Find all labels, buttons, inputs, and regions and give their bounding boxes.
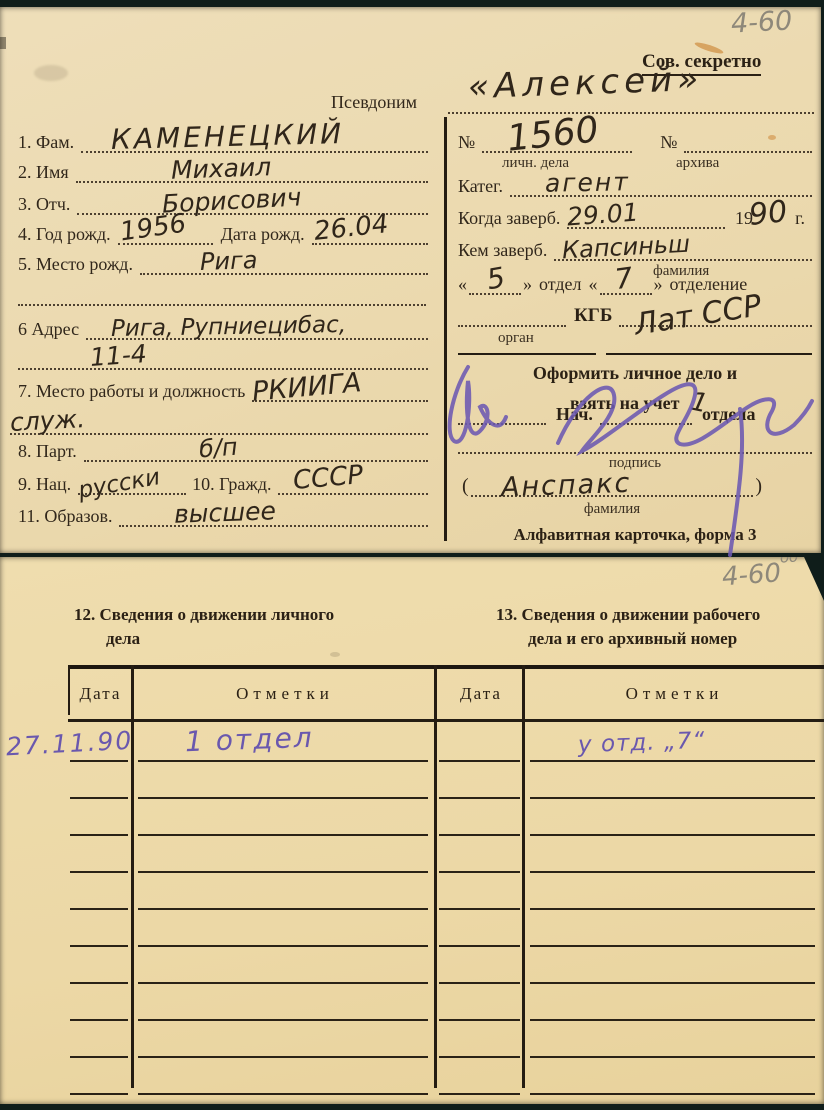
section-12-line-1: 12. Сведения о движении личного [74,603,334,627]
table-row-blank [68,1058,824,1095]
smudge [34,65,68,81]
archive-code-front: 4-60 [730,5,793,39]
category-field: Катег. агент [458,167,812,197]
recruited-when-label: Когда заверб. [458,209,567,229]
file-number-value: 1560 [505,109,600,159]
cell-note-2 [525,799,824,836]
table-row-blank [68,947,824,984]
table-row-blank [68,762,824,799]
education-field: 11. Образов. высшее [18,495,428,527]
cell-date-1 [68,1021,133,1058]
nationality-field: 9. Нац. русски 10. Гражд. СССР [18,463,428,495]
movement-table: Дата Отметки Дата Отметки [68,665,824,1095]
department-value: 5 [484,261,507,297]
section-13-heading: 13. Сведения о движении рабочего дела и … [496,603,760,651]
birthplace-label: 5. Место рожд. [18,255,140,275]
section-13-line-1: 13. Сведения о движении рабочего [496,603,760,627]
year-value: 90 [747,194,789,233]
table-row-blank [68,984,824,1021]
table-row-blank [68,910,824,947]
recruited-by-label: Кем заверб. [458,241,554,261]
movement-note-1: 1 отдел [184,721,314,758]
table-header-row: Дата Отметки Дата Отметки [68,665,824,722]
quote-open-2: « [589,275,600,295]
cell-date-2 [437,762,525,799]
cell-note-1 [133,799,437,836]
zam-scribble [450,367,506,442]
cell-note-2 [525,762,824,799]
table-vline-3 [522,665,525,1088]
section-13-line-2: дела и его архивный номер [496,627,760,651]
header-date-1: Дата [68,684,133,704]
patronymic-field: 3. Отч. Борисович [18,183,428,215]
section-value: 7 [612,261,634,296]
citizenship-label: 10. Гражд. [186,475,278,495]
surname-field: 1. Фам. КАМЕНЕЦКИЙ [18,107,428,153]
cell-date-2 [437,722,525,762]
cell-note-2 [525,947,824,984]
cell-date-1 [68,984,133,1021]
cell-note-1 [133,910,437,947]
quote-close: » [521,275,539,295]
cell-date-1 [68,947,133,984]
movement-note-2: у отд. „7“ [578,728,706,758]
table-row-blank [68,873,824,910]
citizenship-value: СССР [292,460,365,496]
nationality-label: 9. Нац. [18,475,78,495]
party-label: 8. Парт. [18,442,84,462]
table-vline-2 [434,665,437,1088]
table-row-blank [68,799,824,836]
cell-date-2 [437,1058,525,1095]
address-value-2: 11-4 [89,339,148,372]
scanned-document: 4-60 Сов. секретно Псевдоним «Алексей» 1… [0,0,824,1110]
party-value: б/п [198,433,238,464]
birth-field: 4. Год рожд. 1956 Дата рожд. 26.04 [18,213,428,245]
section-12-heading: 12. Сведения о движении личного дела [74,603,334,651]
cell-date-2 [437,799,525,836]
rule-line [138,1093,428,1095]
cell-date-1 [68,1058,133,1095]
organ-sub: орган [498,330,534,347]
recruited-when-value: 29.01 [566,198,639,232]
section-12-line-2: дела [74,627,334,651]
cell-date-2 [437,984,525,1021]
cell-note-1 [133,836,437,873]
rule-line [70,1093,128,1095]
organ-field: КГБ Лат ССР [458,295,812,327]
address-field-2: 11-4 [18,336,428,370]
file-number-field: № 1560 № [458,109,812,153]
alphabet-card-front: 4-60 Сов. секретно Псевдоним «Алексей» 1… [0,7,821,553]
party-field: 8. Парт. б/п [18,430,428,462]
signature-descender [730,409,742,555]
header-notes-1: Отметки [133,684,437,704]
smudge-2 [330,652,340,657]
education-value: высшее [174,496,277,529]
workplace-field: 7. Место работы и должность РКИИГА [18,368,428,402]
table-vline-left [68,665,70,715]
cell-date-2 [437,910,525,947]
cell-note-2 [525,1058,824,1095]
header-date-2: Дата [437,684,525,704]
birth-date-value: 26.04 [312,209,389,247]
signature-ink-overlay [440,347,824,559]
cell-note-1 [133,984,437,1021]
table-blank-rows [68,762,824,1095]
rule-line [530,1093,815,1095]
recruited-by-value: Капсиньш [562,230,691,265]
cell-date-2 [437,947,525,984]
firstname-field: 2. Имя Михаил [18,151,428,183]
table-row-1 [68,722,824,762]
birth-year-value: 1956 [118,209,188,248]
firstname-label: 2. Имя [18,163,76,183]
cell-note-2 [525,1021,824,1058]
education-label: 11. Образов. [18,507,119,527]
cell-note-2 [525,873,824,910]
cell-date-1 [68,873,133,910]
cell-note-2 [525,910,824,947]
table-row-blank [68,836,824,873]
cell-note-1 [133,947,437,984]
category-value: агент [545,167,630,197]
main-signature [558,384,812,451]
recruited-by-field: Кем заверб. Капсиньш [458,231,812,261]
cell-date-1 [68,799,133,836]
archive-code-back-base: 4-60 [721,558,782,592]
archive-number-label: № [660,133,684,153]
birthplace-field: 5. Место рожд. Рига [18,243,428,275]
kgb-label: КГБ [566,305,619,327]
recruited-when-field: Когда заверб. 29.01 19 90 г. [458,199,812,229]
organ-value: Лат ССР [632,288,764,343]
cell-note-1 [133,873,437,910]
department-label: отдел [539,275,589,295]
pseudonym-value: «Алексей» [467,59,703,107]
alphabet-card-back: 4-60об 12. Сведения о движении личного д… [0,557,824,1104]
table-row-blank [68,1021,824,1058]
address-field: 6 Адрес Рига, Рупниецибас, [18,306,428,340]
header-notes-2: Отметки [525,684,824,704]
rule-line [439,1093,520,1095]
archive-code-back: 4-60об [721,556,800,592]
cell-date-1 [68,836,133,873]
cell-note-2 [525,984,824,1021]
quote-open: « [458,275,469,295]
birthplace-value: Рига [200,246,258,276]
cell-date-2 [437,836,525,873]
year-suffix: г. [787,209,812,229]
cell-note-2 [525,836,824,873]
cell-date-2 [437,873,525,910]
cell-date-1 [68,910,133,947]
cell-date-2 [437,1021,525,1058]
stain-2 [768,135,776,140]
cell-date-1 [68,762,133,799]
firstname-value: Михаил [170,152,271,184]
cell-note-1 [133,762,437,799]
cell-note-1 [133,1058,437,1095]
cell-note-1 [133,1021,437,1058]
edge-mark [0,37,6,49]
file-number-label: № [458,133,482,153]
category-label: Катег. [458,177,510,197]
quote-close-2: » [652,275,670,295]
